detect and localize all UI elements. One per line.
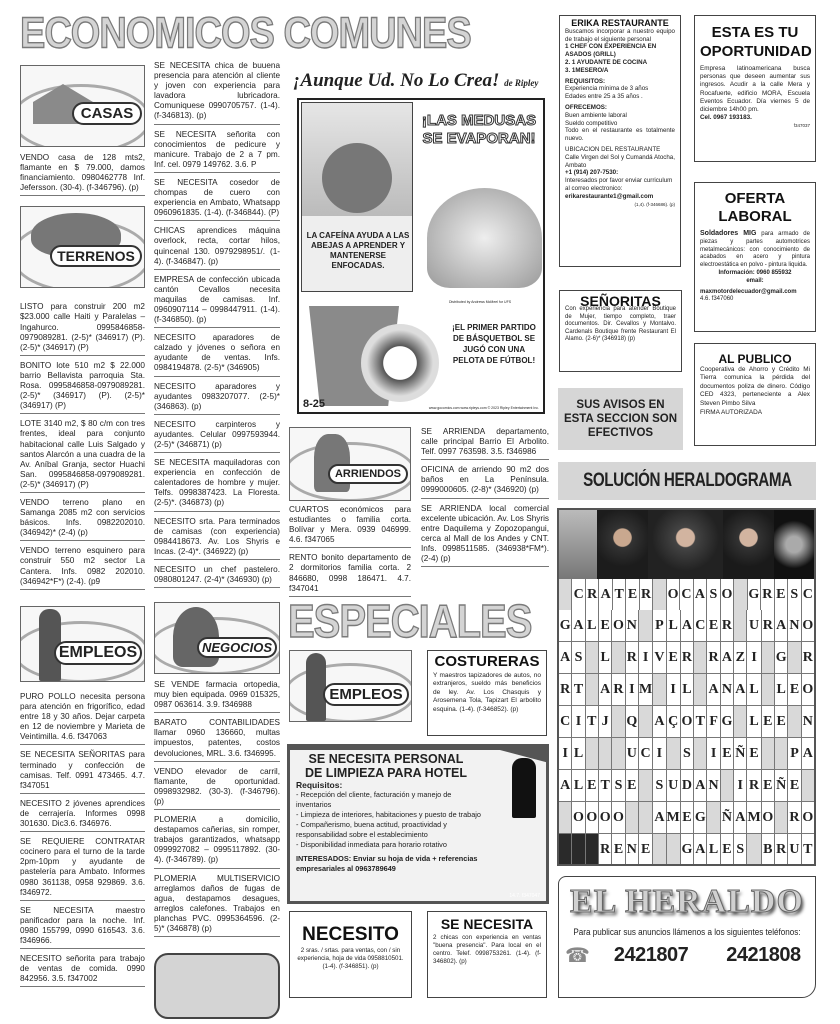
classified-ad: VENDO elevador de carril, flamante, de o… [154,767,280,810]
classified-ad: SE REQUIERE CONTRATAR cocinero para el t… [20,837,145,901]
ripley-brand: de Ripley [504,78,538,88]
column-2: SE NECESITA chica de buuena presencia pa… [154,61,280,593]
person-icon [306,653,326,721]
requirements-label: Requisitos: [296,780,540,790]
se-necesita-ad: SE NECESITA 2 chicas con experiencia en … [427,911,547,998]
crossword-grid: CRATEROCASOGRESC [559,579,814,610]
classified-ad: SE NECESITA SEÑORITAS para terminado y c… [20,750,145,793]
oferta-body-wrap: Soldadores MIG para armado de piezas y p… [700,230,810,270]
classified-ad: NECESITO srta. Para terminados de camisa… [154,517,280,560]
limpieza-contact: INTERESADOS: Enviar su hoja de vida + re… [296,854,496,874]
classified-ad: BARATO CONTABILIDADES llamar 0960 136660… [154,718,280,761]
column-1-empleos: EMPLEOS PURO POLLO necesita persona para… [20,606,145,992]
ripley-credit: Distributed by Andrews McMeel for UFS [449,300,511,304]
negocios-label: NEGOCIOS [197,637,277,658]
oferta-email-label: email: [700,278,810,286]
classified-ad: EMPRESA de confección ubicada cantón Cev… [154,275,280,328]
requirement-item: - Recepción del cliente, facturación y m… [296,790,486,810]
ripley-comic: ¡Aunque Ud. No Lo Crea! de Ripley LA CAF… [293,70,548,415]
classified-ad: PLOMERIA a domicilio, destapamos cañeria… [154,815,280,868]
crossword-grid-body: GALEONPLACERURANO ASLRIVERRAZIGR RTARIMI… [559,610,814,865]
classified-ad: VENDO casa de 128 mts2, flamante en $ 79… [20,153,145,196]
classified-ad: VENDO terreno plano en Samanga 2085 m2 c… [20,498,145,541]
erika-email[interactable]: erikarestaurante1@gmail.com [565,193,675,201]
erika-requirement: Experiencia mínima de 3 años [565,85,675,93]
heraldograma-title: SOLUCIÓN HERALDOGRAMA [583,470,792,492]
el-heraldo-logo: EL HERALDO [559,883,815,921]
erika-offer: Sueldo competitivo [565,120,675,128]
erika-location: Calle Virgen del Sol y Cumandá Atocha, A… [565,154,675,170]
senoritas-body: Con experiencia para atender Boutique de… [565,306,676,344]
limpieza-code: 14.7. f347047 [509,893,540,899]
oportunidad-title: ESTA ES TU OPORTUNIDAD [700,23,810,61]
king-charles-photo [648,510,724,579]
classified-ad: RENTO bonito departamento de 2 dormitori… [289,553,411,596]
necesito-body: 2 sras. / srtas. para ventas, con / sin … [295,947,406,971]
royal-photos-strip [559,510,814,579]
requirement-item: - Compañerismo, buena actitud, proactivi… [296,820,486,840]
oportunidad-code: f347037 [700,122,810,130]
arriendos-logo: ARRIENDOS [289,427,411,501]
jellyfish-illustration [427,188,542,288]
oportunidad-body: Empresa latinoamericana busca personas q… [700,65,810,114]
prince-harry-photo [597,510,647,579]
phones-row: ☎ 2421807 2421808 [559,943,815,968]
classified-ad: VENDO terreno esquinero para construir 5… [20,546,145,589]
necesito-title: NECESITO [295,930,406,939]
cleaner-icon [512,758,536,818]
costureras-ad: COSTURERAS Y maestros tapizadores de aut… [427,650,547,736]
classified-ad: SE ARRIENDA departamento, calle principa… [421,427,549,460]
ripley-date: 8-25 [303,398,325,410]
oferta-laboral-ad: OFERTA LABORAL Soldadores MIG para armad… [694,182,816,332]
erika-offer: Buen ambiente laboral [565,112,675,120]
erika-intro: Buscamos incorporar a nuestro equipo de … [565,28,675,44]
erika-restaurante-ad: ERIKA RESTAURANTE Buscamos incorporar a … [559,15,681,267]
ripley-title: ¡Aunque Ud. No Lo Crea! [293,70,499,91]
bee-panel: LA CAFEÍNA AYUDA A LAS ABEJAS A APRENDER… [301,102,413,292]
heraldograma-puzzle: CRATEROCASOGRESC GALEONPLACERURANO ASLRI… [557,508,816,866]
phone-number-2[interactable]: 2421808 [726,944,800,967]
classified-ad: SE ARRIENDA local comercial excelente ub… [421,504,549,568]
classified-ad: SE NECESITA cosedor de chompas de cuero … [154,178,280,221]
column-2-negocios: NEGOCIOS SE VENDE farmacia ortopedia, mu… [154,602,280,1019]
empleos-label: EMPLEOS [54,641,142,665]
necesito-ad: NECESITO 2 sras. / srtas. para ventas, c… [289,911,412,998]
se-necesita-body: 2 chicas con experiencia en ventas "buen… [433,934,541,966]
classified-ad: OFICINA de arriendo 90 m2 dos baños en L… [421,465,549,498]
telephone-icon: ☎ [565,943,590,968]
limpieza-ad: SE NECESITA PERSONAL DE LIMPIEZA PARA HO… [287,744,549,904]
classified-ad: SE NECESITA señorita con conocimientos d… [154,130,280,173]
ripley-panel2-text: ¡LAS MEDUSAS SE EVAPORAN! [419,112,539,148]
ripley-panel3-text: ¡EL PRIMER PARTIDO DE BÁSQUETBOL SE JUGÓ… [449,322,539,366]
se-necesita-title: SE NECESITA [433,917,541,932]
heraldograma-title-bar: SOLUCIÓN HERALDOGRAMA [558,462,816,500]
oferta-lead: Soldadores MIG [700,230,756,237]
especiales-empleos-logo: EMPLEOS [289,650,412,722]
classified-ad: BONITO lote 510 m2 $ 22.000 barrio Bella… [20,361,145,414]
erika-location-label: UBICACION DEL RESTAURANTE [565,146,675,154]
erika-phone: +1 (914) 207-7530: [565,169,675,177]
classified-ad: NECESITO señorita para trabajo de ventas… [20,954,145,987]
oferta-code: 4.6. f347060 [700,296,810,304]
empleos-logo: EMPLEOS [20,606,145,682]
soccer-ball-illustration [361,324,439,402]
erika-position: 1 CHEF CON EXPERIENCIA EN ASADOS (GRILL) [565,43,675,59]
classified-ad: SE VENDE farmacia ortopedia, muy bien eq… [154,680,280,713]
erika-position: 3. 1MESERO/A [565,67,675,75]
erika-cta: Interesados por favor enviar curriculum … [565,177,675,193]
al-publico-body: Cooperativa de Ahorro y Crédito Mi Tierr… [700,366,810,409]
classified-ad: LOTE 3140 m2, $ 80 c/m con tres frentes,… [20,419,145,493]
sus-avisos-banner: SUS AVISOS EN ESTA SECCION SON EFECTIVOS [558,388,683,450]
empleos-label: EMPLEOS [323,683,409,706]
column-1: CASAS VENDO casa de 128 mts2, flamante e… [20,65,145,595]
oportunidad-ad: ESTA ES TU OPORTUNIDAD Empresa latinoame… [694,15,816,162]
classified-ad: PURO POLLO necesita persona para atenció… [20,692,145,745]
classified-ad: CUARTOS económicos para estudiantes o fa… [289,505,411,548]
casas-logo: CASAS [20,65,145,147]
costureras-title: COSTURERAS [433,657,541,666]
erika-requirement: Edades entre 25 a 35 años . [565,93,675,101]
ripley-footer: www.gocomics.com www.ripleys.com © 2023 … [429,406,539,410]
terrenos-logo: TERRENOS [20,206,145,288]
classified-ad: SE NECESITA maquiladoras con experiencia… [154,458,280,511]
classified-ad: PLOMERIA MULTISERVICIO arreglamos daños … [154,874,280,938]
arriendos-label: ARRIENDOS [328,464,408,484]
al-publico-ad: AL PUBLICO Cooperativa de Ahorro y Crédi… [694,343,816,446]
classified-ad: SE NECESITA chica de buuena presencia pa… [154,61,280,125]
erika-title: ERIKA RESTAURANTE [565,20,675,28]
sus-avisos-text: SUS AVISOS EN ESTA SECCION SON EFECTIVOS [558,398,683,440]
senoritas-ad: SEÑORITAS Con experiencia para atender B… [559,290,682,372]
al-publico-title: AL PUBLICO [700,355,810,364]
casas-label: CASAS [72,102,142,125]
erika-code: (1,4). (f-346686). (p) [565,201,675,209]
oportunidad-phone: Cel. 0967 193183. [700,114,810,122]
classified-ad: NECESITO 2 jóvenes aprendices de cerraje… [20,799,145,832]
oferta-info: Información: 0960 855932 [700,270,810,278]
castle-photo [559,510,597,579]
phone-number-1[interactable]: 2421807 [614,944,688,967]
el-heraldo-text: Para publicar sus anuncios llámenos a lo… [569,927,805,937]
al-publico-signature: FIRMA AUTORIZADA [700,409,810,418]
classified-ad: NECESITO carpinteros y ayudantes. Celula… [154,420,280,453]
erika-position: 2. 1 AYUDANTE DE COCINA [565,59,675,67]
oferta-title: OFERTA LABORAL [710,190,800,226]
erika-offer: Todo en el restaurante es totalmente nue… [565,127,675,143]
ripley-panel1-text: LA CAFEÍNA AYUDA A LAS ABEJAS A APRENDER… [306,231,410,271]
el-heraldo-footer: EL HERALDO Para publicar sus anuncios ll… [558,876,816,998]
bee-illustration [322,143,392,213]
section-title-economicos: ECONOMICOS COMUNES [20,12,471,56]
limpieza-title-2: DE LIMPIEZA PARA HOTEL [296,766,476,780]
senoritas-title: SEÑORITAS [565,297,676,306]
limpieza-title-1: SE NECESITA PERSONAL [296,752,476,766]
negocios-logo: NEGOCIOS [154,602,280,674]
requirement-item: - Limpieza de interiores, habitaciones y… [296,810,486,820]
crown-photo [774,510,814,579]
ripley-frame: LA CAFEÍNA AYUDA A LAS ABEJAS A APRENDER… [297,98,545,414]
classified-ad: NECESITO aparadores y ayudantes 09832070… [154,382,280,415]
section-title-especiales: ESPECIALES [288,599,531,645]
oferta-email[interactable]: maxmotordelecuador@gmail.com [700,289,810,297]
requirement-item: - Disponibilidad inmediata para horario … [296,840,486,850]
classified-ad: LISTO para construir 200 m2 $23.000 call… [20,302,145,355]
classified-ad: CHICAS aprendices máquina overlock, rect… [154,226,280,269]
terrenos-label: TERRENOS [50,245,142,267]
classified-ad: NECESITO aparadores de calzado y jóvenes… [154,333,280,376]
erika-offer-label: OFRECEMOS: [565,104,675,112]
blank-ad-placeholder [154,953,280,1019]
classified-ad: NECESITO un chef pastelero. 0980801247. … [154,565,280,588]
prince-william-photo [723,510,773,579]
costureras-body: Y maestros tapizadores de autos, no extr… [433,672,541,714]
erika-req-label: REQUISITOS: [565,78,675,86]
classified-ad: SE NECESITA maestro panificador para la … [20,906,145,949]
